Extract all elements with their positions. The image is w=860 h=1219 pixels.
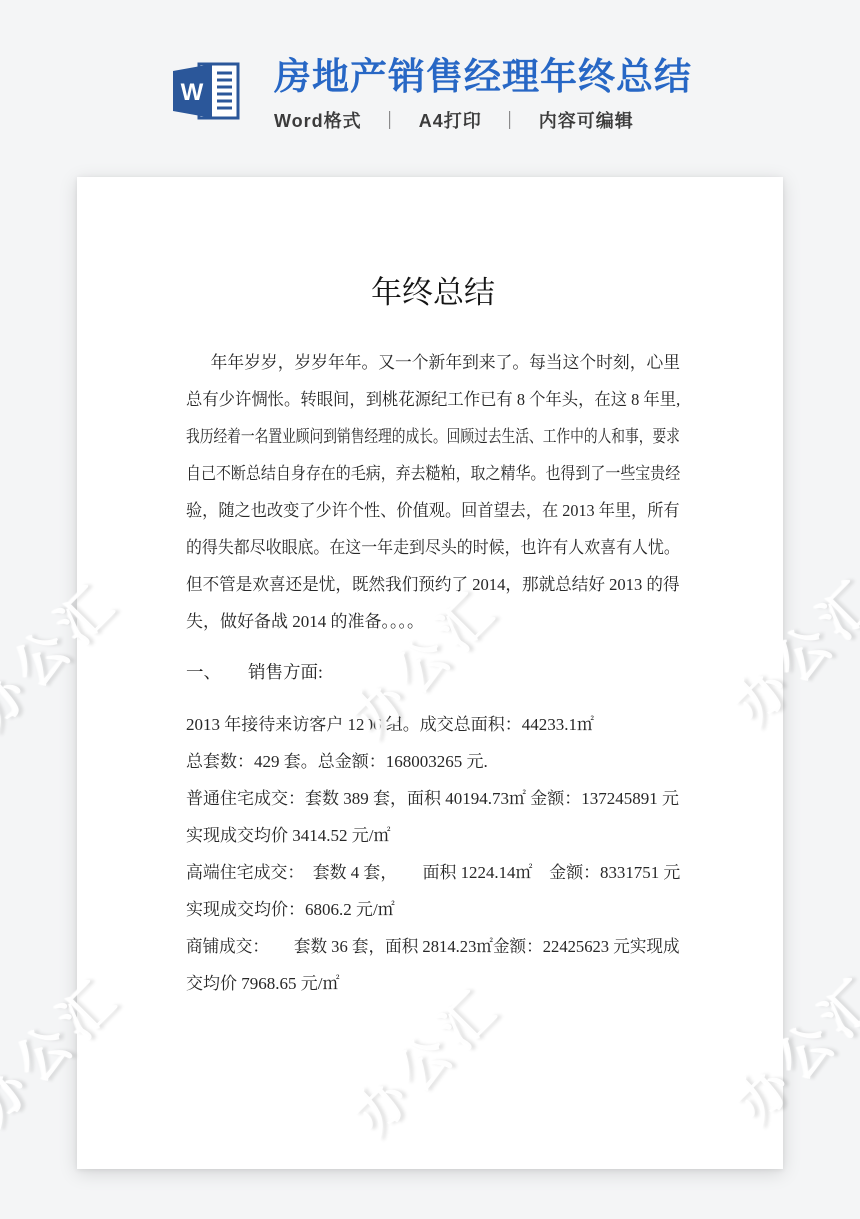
text-line: 商铺成交： 套数 36 套，面积 2814.23㎡金额：22425623 元实现… (186, 928, 668, 965)
text-line: 年年岁岁，岁岁年年。又一个新年到来了。每当这个时刻，心里 (186, 344, 673, 381)
text-line: 高端住宅成交： 套数 4 套， 面积 1224.14㎡ 金额：8331751 元 (186, 854, 677, 891)
text-line: 实现成交均价：6806.2 元/㎡ (186, 891, 680, 928)
feature-a4-print: A4打印 (419, 111, 482, 131)
svg-text:W: W (181, 79, 204, 106)
text-line: 的得失都尽收眼底。在这一年走到尽头的时候，也许有人欢喜有人忧。 (186, 529, 649, 566)
document-page: 年终总结 年年岁岁，岁岁年年。又一个新年到来了。每当这个时刻，心里总有少许惆怅。… (77, 177, 783, 1169)
text-line: 我历经着一名置业顾问到销售经理的成长。回顾过去生活、工作中的人和事，要求 (186, 418, 585, 455)
text-line: 交均价 7968.65 元/㎡ (186, 965, 680, 1002)
separator: ｜ (501, 111, 520, 131)
text-line: 总有少许惆怅。转眼间，到桃花源纪工作已有 8 个年头，在这 8 年里, (186, 381, 661, 418)
feature-editable: 内容可编辑 (539, 111, 634, 131)
text-line: 但不管是欢喜还是忧，既然我们预约了 2014，那就总结好 2013 的得 (186, 566, 668, 603)
opening-paragraph: 年年岁岁，岁岁年年。又一个新年到来了。每当这个时刻，心里总有少许惆怅。转眼间，到… (186, 344, 680, 640)
word-document-icon: W (168, 58, 244, 129)
text-line: 自己不断总结自身存在的毛病，弃去糙粕，取之精华。也得到了一些宝贵经 (186, 455, 621, 492)
sales-statistics: 2013 年接待来访客户 1206 组。成交总面积：44233.1㎡总套数：42… (186, 706, 680, 1002)
header: W 房地产销售经理年终总结 Word格式 ｜ A4打印 ｜ 内容可编辑 (0, 0, 860, 133)
document-features: Word格式 ｜ A4打印 ｜ 内容可编辑 (274, 107, 692, 133)
section-label: 销售方面: (248, 662, 323, 682)
text-line: 普通住宅成交：套数 389 套，面积 40194.73㎡ 金额：13724589… (186, 780, 680, 817)
text-line: 总套数：429 套。总金额：168003265 元. (186, 743, 680, 780)
text-line: 2013 年接待来访客户 1206 组。成交总面积：44233.1㎡ (186, 706, 680, 743)
text-line: 失，做好备战 2014 的准备。。。。 (186, 603, 680, 640)
text-line: 实现成交均价 3414.52 元/㎡ (186, 817, 680, 854)
feature-word-format: Word格式 (274, 111, 362, 131)
separator: ｜ (381, 111, 400, 131)
document-body-title: 年终总结 (186, 272, 680, 314)
document-title-link[interactable]: 房地产销售经理年终总结 (274, 56, 692, 99)
header-text: 房地产销售经理年终总结 Word格式 ｜ A4打印 ｜ 内容可编辑 (274, 56, 692, 133)
section-heading-sales: 一、销售方面: (186, 654, 680, 691)
section-numeral: 一、 (186, 662, 221, 682)
text-line: 验，随之也改变了少许个性、价值观。回首望去，在 2013 年里，所有 (186, 492, 656, 529)
